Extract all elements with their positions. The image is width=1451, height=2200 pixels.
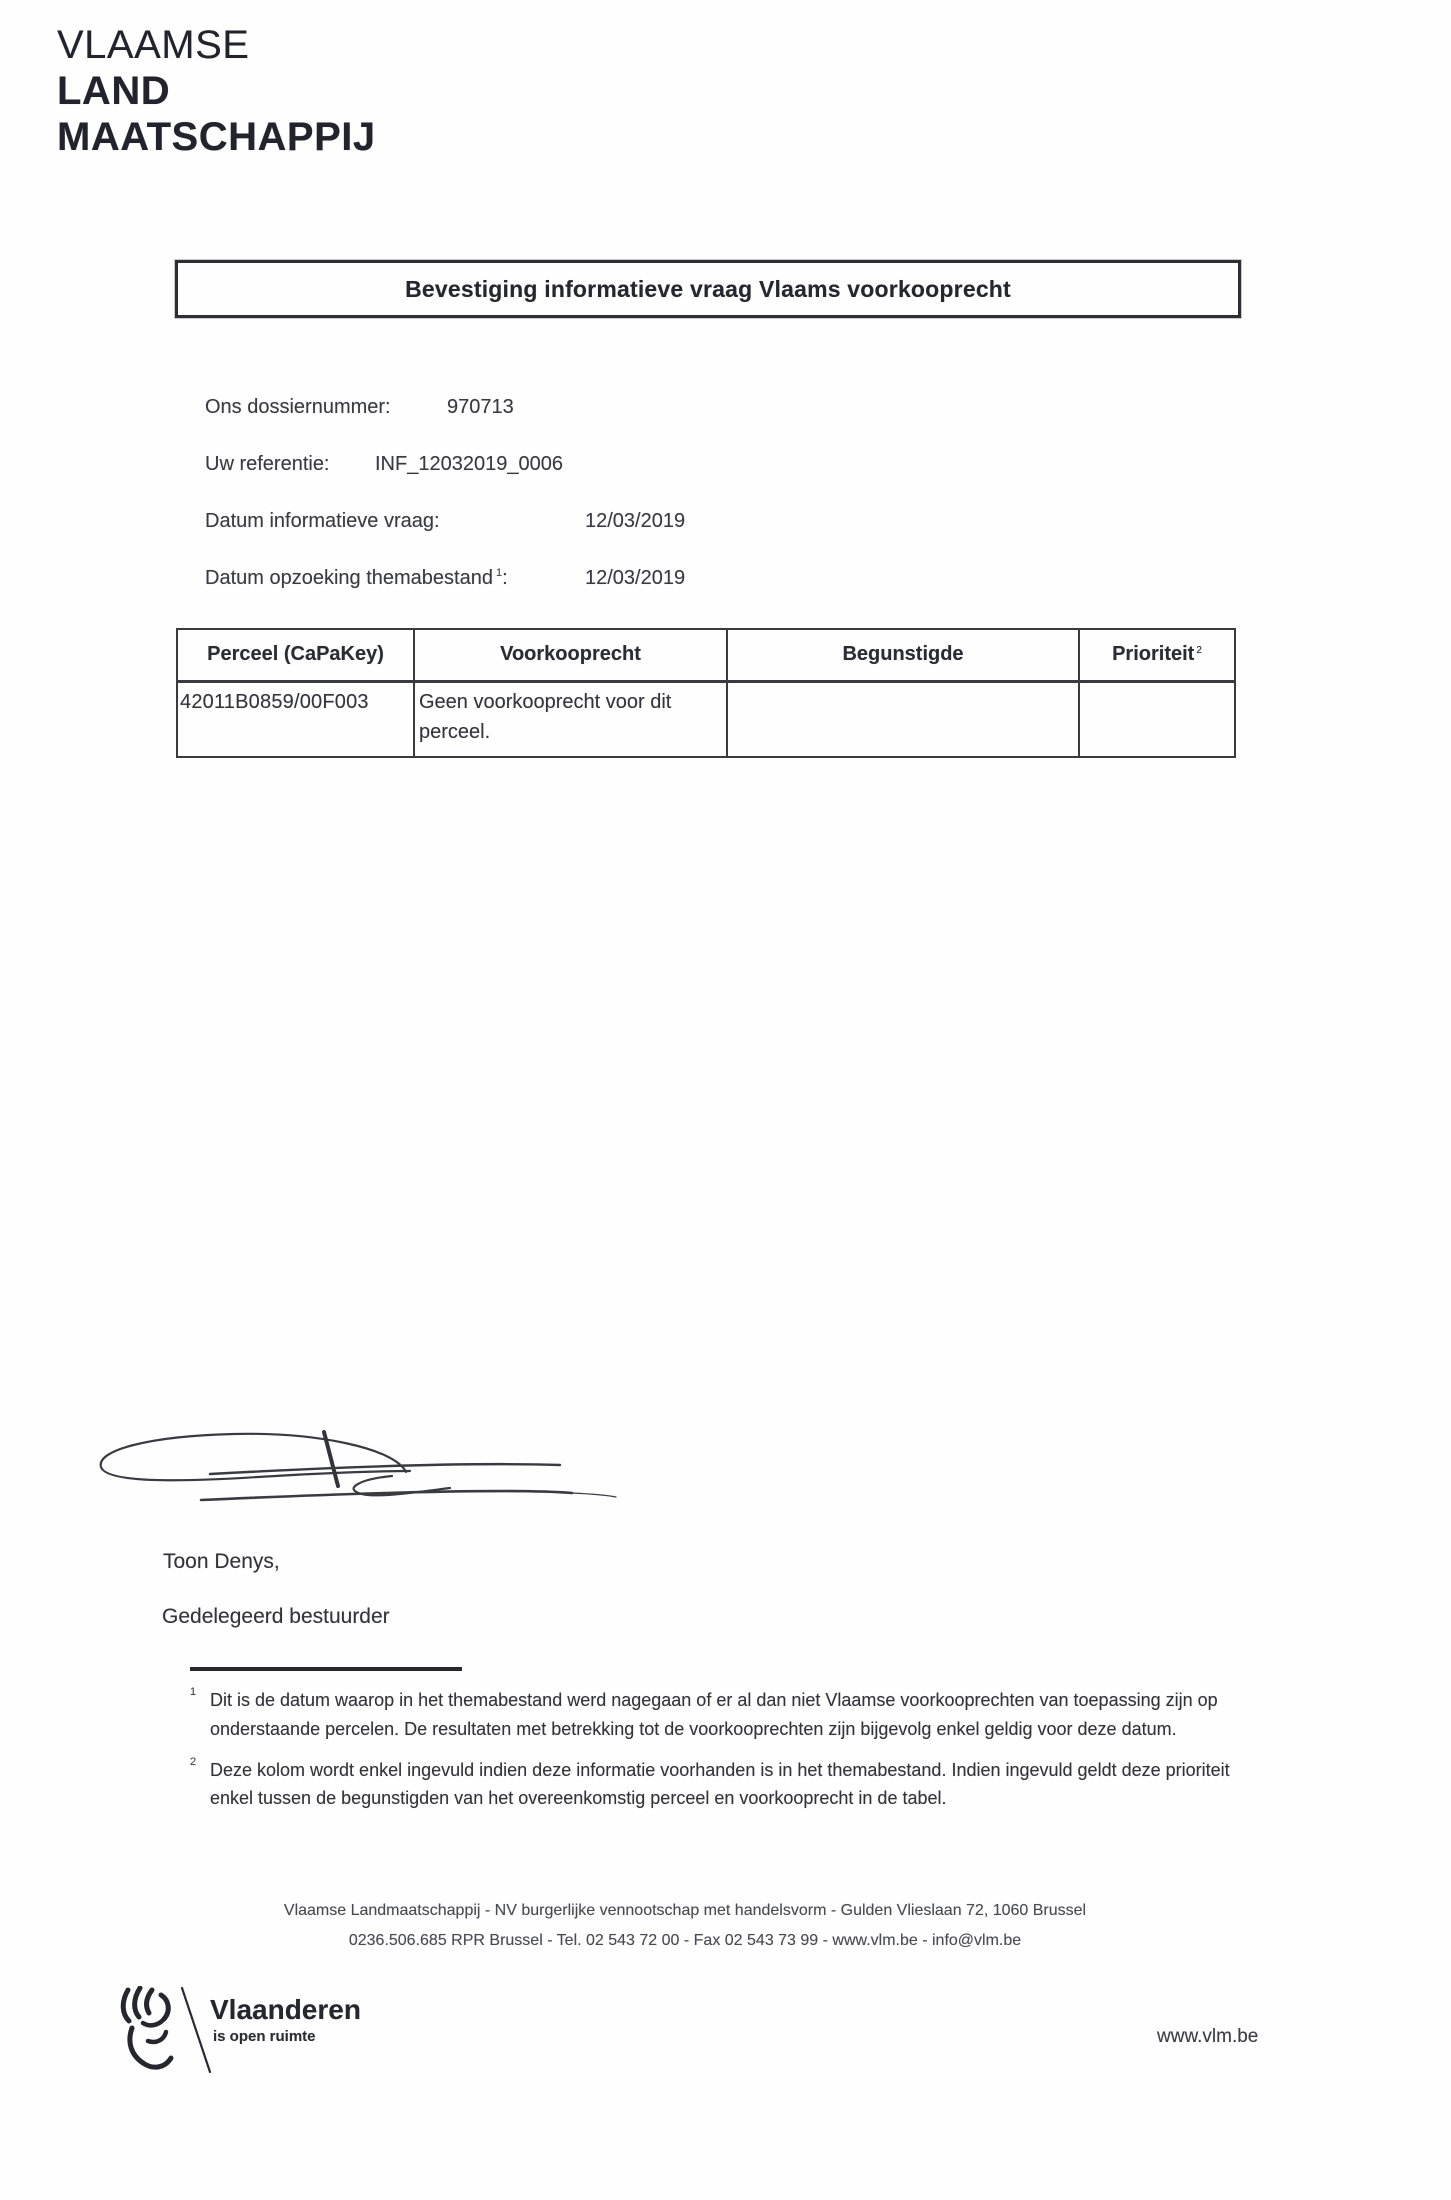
footnote-2: 2 Deze kolom wordt enkel ingevuld indien… bbox=[186, 1756, 1230, 1814]
cell-prioriteit bbox=[1079, 681, 1235, 757]
vlm-logo-line1: VLAAMSE bbox=[57, 22, 376, 68]
meta-label-colon: : bbox=[502, 567, 508, 589]
meta-label: Uw referentie: bbox=[205, 453, 330, 475]
table-header-perceel: Perceel (CaPaKey) bbox=[177, 629, 414, 681]
parcels-table: Perceel (CaPaKey) Voorkooprecht Begunsti… bbox=[176, 628, 1236, 758]
cell-perceel: 42011B0859/00F003 bbox=[177, 681, 414, 757]
signatory-role: Gedelegeerd bestuurder bbox=[162, 1605, 390, 1629]
footnote-1: 1 Dit is de datum waarop in het themabes… bbox=[186, 1686, 1230, 1744]
meta-label: Datum informatieve vraag: bbox=[205, 510, 440, 532]
document-title: Bevestiging informatieve vraag Vlaams vo… bbox=[405, 276, 1011, 303]
table-header-voorkooprecht: Voorkooprecht bbox=[414, 629, 727, 681]
footnote-1-text: Dit is de datum waarop in het themabesta… bbox=[210, 1690, 1218, 1739]
meta-label: Ons dossiernummer: bbox=[205, 396, 391, 418]
footnote-divider bbox=[190, 1667, 462, 1671]
table-header-begunstigde: Begunstigde bbox=[727, 629, 1079, 681]
footnote-ref-2: 2 bbox=[1196, 645, 1202, 656]
footer: Vlaamse Landmaatschappij - NV burgerlijk… bbox=[150, 1896, 1220, 1957]
meta-value: 12/03/2019 bbox=[585, 567, 685, 590]
signatory-name: Toon Denys, bbox=[163, 1550, 280, 1574]
meta-row-referentie: Uw referentie: INF_12032019_0006 bbox=[205, 453, 330, 476]
footnotes: 1 Dit is de datum waarop in het themabes… bbox=[186, 1686, 1230, 1825]
footnote-2-marker: 2 bbox=[190, 1754, 196, 1772]
vlm-logo: VLAAMSE LAND MAATSCHAPPIJ bbox=[57, 22, 376, 160]
vlm-logo-line3: MAATSCHAPPIJ bbox=[57, 114, 376, 160]
meta-row-dossiernummer: Ons dossiernummer: 970713 bbox=[205, 396, 391, 419]
footnote-1-marker: 1 bbox=[190, 1684, 196, 1702]
flanders-lion-icon bbox=[118, 1986, 218, 2076]
signature-image bbox=[88, 1422, 648, 1534]
footer-line-1: Vlaamse Landmaatschappij - NV burgerlijk… bbox=[150, 1896, 1220, 1926]
flanders-tagline: is open ruimte bbox=[213, 2028, 316, 2045]
meta-value: INF_12032019_0006 bbox=[375, 453, 563, 476]
table-row: 42011B0859/00F003 Geen voorkooprecht voo… bbox=[177, 681, 1235, 757]
meta-row-datum-vraag: Datum informatieve vraag: 12/03/2019 bbox=[205, 510, 440, 533]
flanders-wordmark: Vlaanderen bbox=[210, 1994, 361, 2026]
meta-row-datum-opzoeking: Datum opzoeking themabestand1: 12/03/201… bbox=[205, 567, 508, 590]
table-header-row: Perceel (CaPaKey) Voorkooprecht Begunsti… bbox=[177, 629, 1235, 681]
scanned-document-page: VLAAMSE LAND MAATSCHAPPIJ Bevestiging in… bbox=[0, 0, 1451, 2200]
vlm-logo-line2: LAND bbox=[57, 68, 376, 114]
table-header-prioriteit: Prioriteit2 bbox=[1079, 629, 1235, 681]
meta-value: 12/03/2019 bbox=[585, 510, 685, 533]
cell-begunstigde bbox=[727, 681, 1079, 757]
footnote-2-text: Deze kolom wordt enkel ingevuld indien d… bbox=[210, 1760, 1230, 1809]
document-title-box: Bevestiging informatieve vraag Vlaams vo… bbox=[175, 260, 1241, 318]
meta-value: 970713 bbox=[447, 396, 514, 419]
meta-label: Datum opzoeking themabestand bbox=[205, 567, 493, 589]
cell-voorkooprecht: Geen voorkooprecht voor dit perceel. bbox=[414, 681, 727, 757]
website-url: www.vlm.be bbox=[1157, 2026, 1258, 2048]
footer-line-2: 0236.506.685 RPR Brussel - Tel. 02 543 7… bbox=[150, 1926, 1220, 1956]
